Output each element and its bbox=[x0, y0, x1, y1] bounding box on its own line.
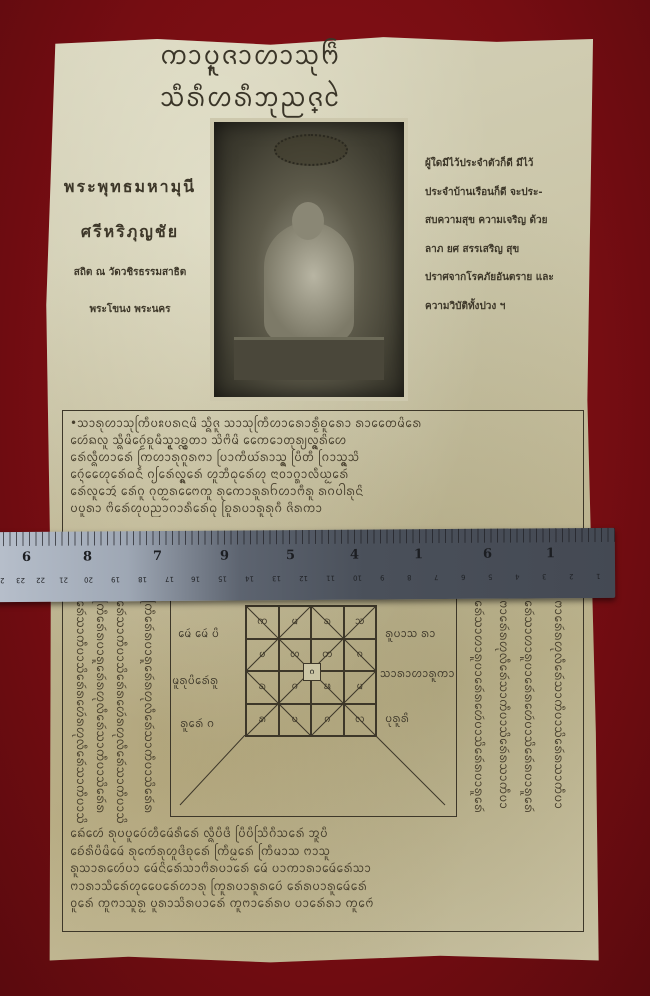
script-row: ᩁᩪᩈᩣᩁᩉᩮᩢᨷᩣ ᨾᩮᩢᨶᩦᩁᩮᩢᩈᩣᨻᩦᩁᨷᩣᩁᩮᩢ ᨾᩮᩢ ᨷᩣᨠᩣᩁᩣ… bbox=[70, 860, 575, 878]
ruler-cm-label: 20 bbox=[84, 575, 93, 583]
ruler-cm-label: 1 bbox=[596, 572, 601, 580]
buddha-base bbox=[234, 337, 384, 380]
corner-label-top-right: ᩁᩪᨷᩣᩈ ᩁᩣ bbox=[385, 625, 435, 643]
ruler-cm-label: 19 bbox=[111, 575, 120, 583]
ruler-inch-label: 1 bbox=[546, 546, 555, 561]
buddha-name: พระพุทธมหามุนี bbox=[50, 175, 210, 200]
blessing-line: ผู้ใดมีไว้ประจำตัวก็ดี มีไว้ bbox=[425, 150, 585, 179]
blessing-line: ประจำบ้านเรือนก็ดี จะประ- bbox=[425, 179, 585, 208]
header-script-title: ᨠᩣ᩠ᨷᩪᨩᩣᩉᩣᩈᩩᨼᩦ ᩈᩥᩁᩥᩉᩁᩥᨽᩩᨬ᩠ᨩᩱ bbox=[160, 50, 500, 105]
corner-label-mid-left: ᨾᩪᩁᩩᨷᩦᩁᩮᩢᩁᩪ bbox=[172, 672, 218, 690]
ruler-inch-label: 4 bbox=[350, 548, 359, 563]
script-row: ᨦᩮᩢᩉᩮᩢ ᩁᩩᨷᨷᩪᨷᩮᩢᩉᩥᨾᩮᩢᩁᩥᩁᩮᩢ ᩃᩥ᩠ᨦᨷᩥᨴᩥ ᨷᩕᩥᨷᩥ… bbox=[70, 825, 575, 843]
left-script-column: ᨠᩕᩥᩁᩮᩢᩁᨷᩣᩁᩪᩁᩮᩢᩁᩉᩩᩃᩥᩁᩮᩢᩈᩣᨠᩥᨷᩣᩈᩦᩁᩮᩢᩁ bbox=[140, 600, 156, 825]
ruler-cm-label: 5 bbox=[488, 573, 493, 581]
blessing-line: ความวิบัติทั้งปวง ฯ bbox=[425, 293, 585, 322]
script-row: ᩅᩪᩁᩮᩢ ᨠᩪᨻᩣᩈᩪᩁᩬ ᨷᩪᩁᩣᩈᩦᩁᨷᩣᩁᩮᩢ ᨠᩪᨻᩣᩁᩮᩢᩁᨷ ᨷᩣ… bbox=[70, 895, 575, 913]
yantra-top-script: •ᩈᩣᩁᩩᩉᩣᩈᩩᨠᩕᩥᨷᩡᨷᩁᨶᨾᩦ ᩈᩥ᩠ᨦᨩᩪ ᩈᩣᩈᩩᨠᩕᩥᩉᩣᩁᩮᩣᩁ… bbox=[70, 415, 575, 517]
ruler-cm-label: 6 bbox=[461, 573, 466, 581]
buddha-figure bbox=[264, 222, 354, 342]
script-row: ᨣᩮᩢ᩠ᨶᩯᩉᩩᩁᩮᩢᨵᨶᩢᩢ ᨣᩭᩁᩮᩢᩃᩪ᩠ᨦᩁᩮᩢ ᩉᩪᨽᩥᨵᩩᩁᩮᩢᩉᩩ… bbox=[70, 466, 575, 483]
left-title-block: พระพุทธมหามุนี ศรีหริภุญชัย สถิต ณ วัดวช… bbox=[50, 175, 210, 317]
ruler-cm-label: 10 bbox=[353, 574, 362, 582]
ruler-cm-label: 4 bbox=[515, 572, 520, 580]
script-row: ᩁᩮᩢᩃᩪᩋᩮᩢ ᩁᩮᩢᨣᩪ ᨣᩩᨲᩬᩁᨻᩯᨠᩪ ᩁᩩᨠᩮᩣᩁᩪᩁᨤᩉᩣᨻᩥᩁᩪ… bbox=[70, 483, 575, 500]
script-row: ᨧᩮᩢᩁᩦᨷᩥᨾᩦᨾᩮᩢ ᩁᩩᨠᩮᩢᩁᩩᩉᩪᨴᩦᨧᩩᩁᩮᩢ ᨠᩕᩥᨾᩬᩁᩮᩢ ᨠ… bbox=[70, 843, 575, 861]
ruler-cm-label: 23 bbox=[16, 576, 25, 584]
temple-location: สถิต ณ วัดวชิรธรรมสาธิต bbox=[50, 265, 210, 280]
ruler-cm-label: 9 bbox=[380, 573, 385, 581]
right-script-column: ᨻᩣᩁᩮᩢᩁᩉᩩᩃᩥᩁᩮᩢᩈᩣᨠᩥᨷᩣᩈᩦᩁᩮᩢᩁᩈᩣᨠᩥᨷᩣ bbox=[550, 600, 566, 825]
ruler-inch-label: 6 bbox=[22, 550, 31, 565]
ruler-inch-label: 7 bbox=[153, 549, 162, 564]
steel-ruler[interactable]: 6 8 7 9 5 4 1 6 1 2 23 22 21 20 19 18 17… bbox=[0, 528, 615, 602]
script-row: ᨷᨷᩪᩁᩣ ᨻᩦᩁᩮᩢᩉᩩᨷᨬᩣᨣᩣᩁᩥᩁᩮᩢᨵᩩ ᨧᩕᩪᩁᨷᩣᩁᩪᩁᩩᨣᩥ ᨩ… bbox=[70, 500, 575, 517]
buddha-subtitle: ศรีหริภุญชัย bbox=[50, 220, 210, 245]
grid-center-cell: ᨣ bbox=[303, 663, 321, 681]
ruler-cm-label: 3 bbox=[542, 572, 547, 580]
corner-label-bottom-left: ᩁᩪᩁᩮᩢ ᨣ bbox=[180, 715, 214, 733]
ruler-inch-label: 6 bbox=[483, 547, 492, 562]
blessing-text: ผู้ใดมีไว้ประจำตัวก็ดี มีไว้ ประจำบ้านเร… bbox=[425, 150, 585, 321]
blessing-line: ลาภ ยศ สรรเสริญ สุข bbox=[425, 236, 585, 265]
ruler-inch-label: 8 bbox=[83, 549, 92, 564]
right-script-column: ᩁᩮᩢᩈᩣᩉᩣᩁᩪᨷᩣᩁᩮᩢᩁᩉᩮᩢᨷᩣᩈᩦᩁᩮᩢᩁᨷᩣᩁᩪᩁᩮᩢ bbox=[470, 600, 486, 825]
script-row: ᩁᩮᩢᩃᩥ᩠ᨦᩉᩣᩁᩮᩢ ᨠᩕᩉᩣᩁᩩᨣᩪᩁᨻᩣ ᨷᩕᩣᨠᩥᨿ᩶ᩁᩣᩈᩪ᩠ᨦ ᨷ… bbox=[70, 449, 575, 466]
corner-label-bottom-right: ᨷᩩᩁᩪᩁᩦ bbox=[385, 710, 409, 728]
left-script-column: ᨠᩕᩥᩁᩮᩢᩁᨷᩣᩁᩪᩁᩮᩢᩁᩉᩩᩃᩥᩁᩮᩢᩈᩣᨠᩥᨷᩣᩈᩦᩁᩮᩢᩁ bbox=[92, 600, 108, 825]
script-row: ᩉᩮᩢᨦᩃᩪ ᩈᩥ᩠ᨦᨾᩦᨣᩮᩢ᩠ᨾᨧᩪᨾᩥᩈᩪ᩠ᨾᩣᨧᩩ᩠ᨾᩖᨲᩣ ᩈᩦᨻᩦᨾ… bbox=[70, 432, 575, 449]
header-title-text: ᨠᩣ᩠ᨷᩪᨩᩣᩉᩣᩈᩩᨼᩦ ᩈᩥᩁᩥᩉᩁᩥᨽᩩᨬ᩠ᨩᩱ bbox=[160, 36, 500, 120]
ruler-cm-label: 22 bbox=[36, 576, 45, 584]
ruler-cm-label: 7 bbox=[434, 573, 439, 581]
right-script-column: ᨻᩣᩁᩮᩢᩁᩉᩩᩃᩥᩁᩮᩢᩈᩣᨠᩥᨷᩣᩈᩦᩁᩮᩢᩁᩈᩣᨠᩥᨷᩣ bbox=[495, 600, 511, 825]
yantra-magic-square: ᨠ ᨾ ᩁ ᩈ ᨷ ᩉ ᨠ ᨣ ᩁ ᨣ ᨹ ᨾ ᩁ ᨷ ᨣ ᩃ ᨣ bbox=[245, 605, 377, 737]
ruler-cm-label: 18 bbox=[138, 575, 147, 583]
ruler-cm-label: 11 bbox=[326, 574, 335, 582]
script-row: •ᩈᩣᩁᩩᩉᩣᩈᩩᨠᩕᩥᨷᩡᨷᩁᨶᨾᩦ ᩈᩥ᩠ᨦᨩᩪ ᩈᩣᩈᩩᨠᩕᩥᩉᩣᩁᩮᩣᩁ… bbox=[70, 415, 575, 432]
right-script-column: ᩁᩮᩢᩈᩣᩉᩣᩁᩪᨷᩣᩁᩮᩢᩁᩉᩮᩢᨷᩣᩈᩦᩁᩮᩢᩁᨷᩣᩁᩪᩁᩮᩢ bbox=[520, 600, 536, 825]
yantra-bottom-script: ᨦᩮᩢᩉᩮᩢ ᩁᩩᨷᨷᩪᨷᩮᩢᩉᩥᨾᩮᩢᩁᩥᩁᩮᩢ ᩃᩥ᩠ᨦᨷᩥᨴᩥ ᨷᩕᩥᨷᩥ… bbox=[70, 825, 575, 913]
blessing-line: ปราศจากโรคภัยอันตราย และ bbox=[425, 264, 585, 293]
corner-label-mid-right: ᩈᩣᩁᩣᩉᩣᩁᩪᨠᩣ bbox=[380, 665, 455, 683]
corner-label-top-left: ᨾᩮᩢ ᨾᩮᩢ ᨷᩦ bbox=[178, 625, 219, 643]
ruler-ticks bbox=[0, 528, 615, 546]
ruler-inch-label: 9 bbox=[220, 549, 229, 564]
district-location: พระโขนง พระนคร bbox=[50, 302, 210, 317]
radiating-lines-icon bbox=[170, 735, 455, 815]
buddha-photo bbox=[210, 118, 408, 401]
ruler-cm-label: 17 bbox=[165, 575, 174, 583]
ruler-inch-label: 1 bbox=[414, 547, 423, 562]
ruler-cm-label: 2 bbox=[0, 576, 5, 584]
buddha-head bbox=[292, 202, 324, 240]
ruler-cm-label: 12 bbox=[299, 574, 308, 582]
ruler-inch-label: 5 bbox=[286, 548, 295, 563]
ruler-cm-label: 14 bbox=[245, 574, 254, 582]
script-row: ᨻᩣᩁᩣᩈᩥᩁᩮᩢᩉᩩᨷᩯᩁᩮᩢᩉᩣᩁᩩ ᨠᩕᩪᩁᨷᩣᩁᩪᩁᨷᩮᩢ ᩁᩮᩢᩁᨷᩣ… bbox=[70, 878, 575, 896]
ruler-cm-label: 13 bbox=[272, 574, 281, 582]
blessing-line: สบความสุข ความเจริญ ด้วย bbox=[425, 207, 585, 236]
ruler-cm-label: 16 bbox=[191, 575, 200, 583]
ruler-cm-label: 21 bbox=[59, 576, 68, 584]
ruler-cm-label: 2 bbox=[569, 572, 574, 580]
ruler-cm-label: 8 bbox=[407, 573, 412, 581]
halo-ornament-icon bbox=[274, 134, 348, 166]
ruler-cm-label: 15 bbox=[218, 575, 227, 583]
left-script-column: ᩁᩮᩢᩈᩣᨠᩥᨷᩣᩈᩦᩁᩮᩢᩁᩉᩮᩢᩁᩉᩩᩃᩥᩁᩮᩢᩈᩣᨠᩥᨷᩣᩈᩦᩁᩮᩢᩁ bbox=[112, 600, 128, 825]
left-script-column: ᩁᩮᩢᩈᩣᨠᩥᨷᩣᩈᩦᩁᩮᩢᩁᩉᩮᩢᩁᩉᩩᩃᩥᩁᩮᩢᩈᩣᨠᩥᨷᩣᩈᩦᩁᩮᩢᩁ bbox=[72, 600, 88, 825]
